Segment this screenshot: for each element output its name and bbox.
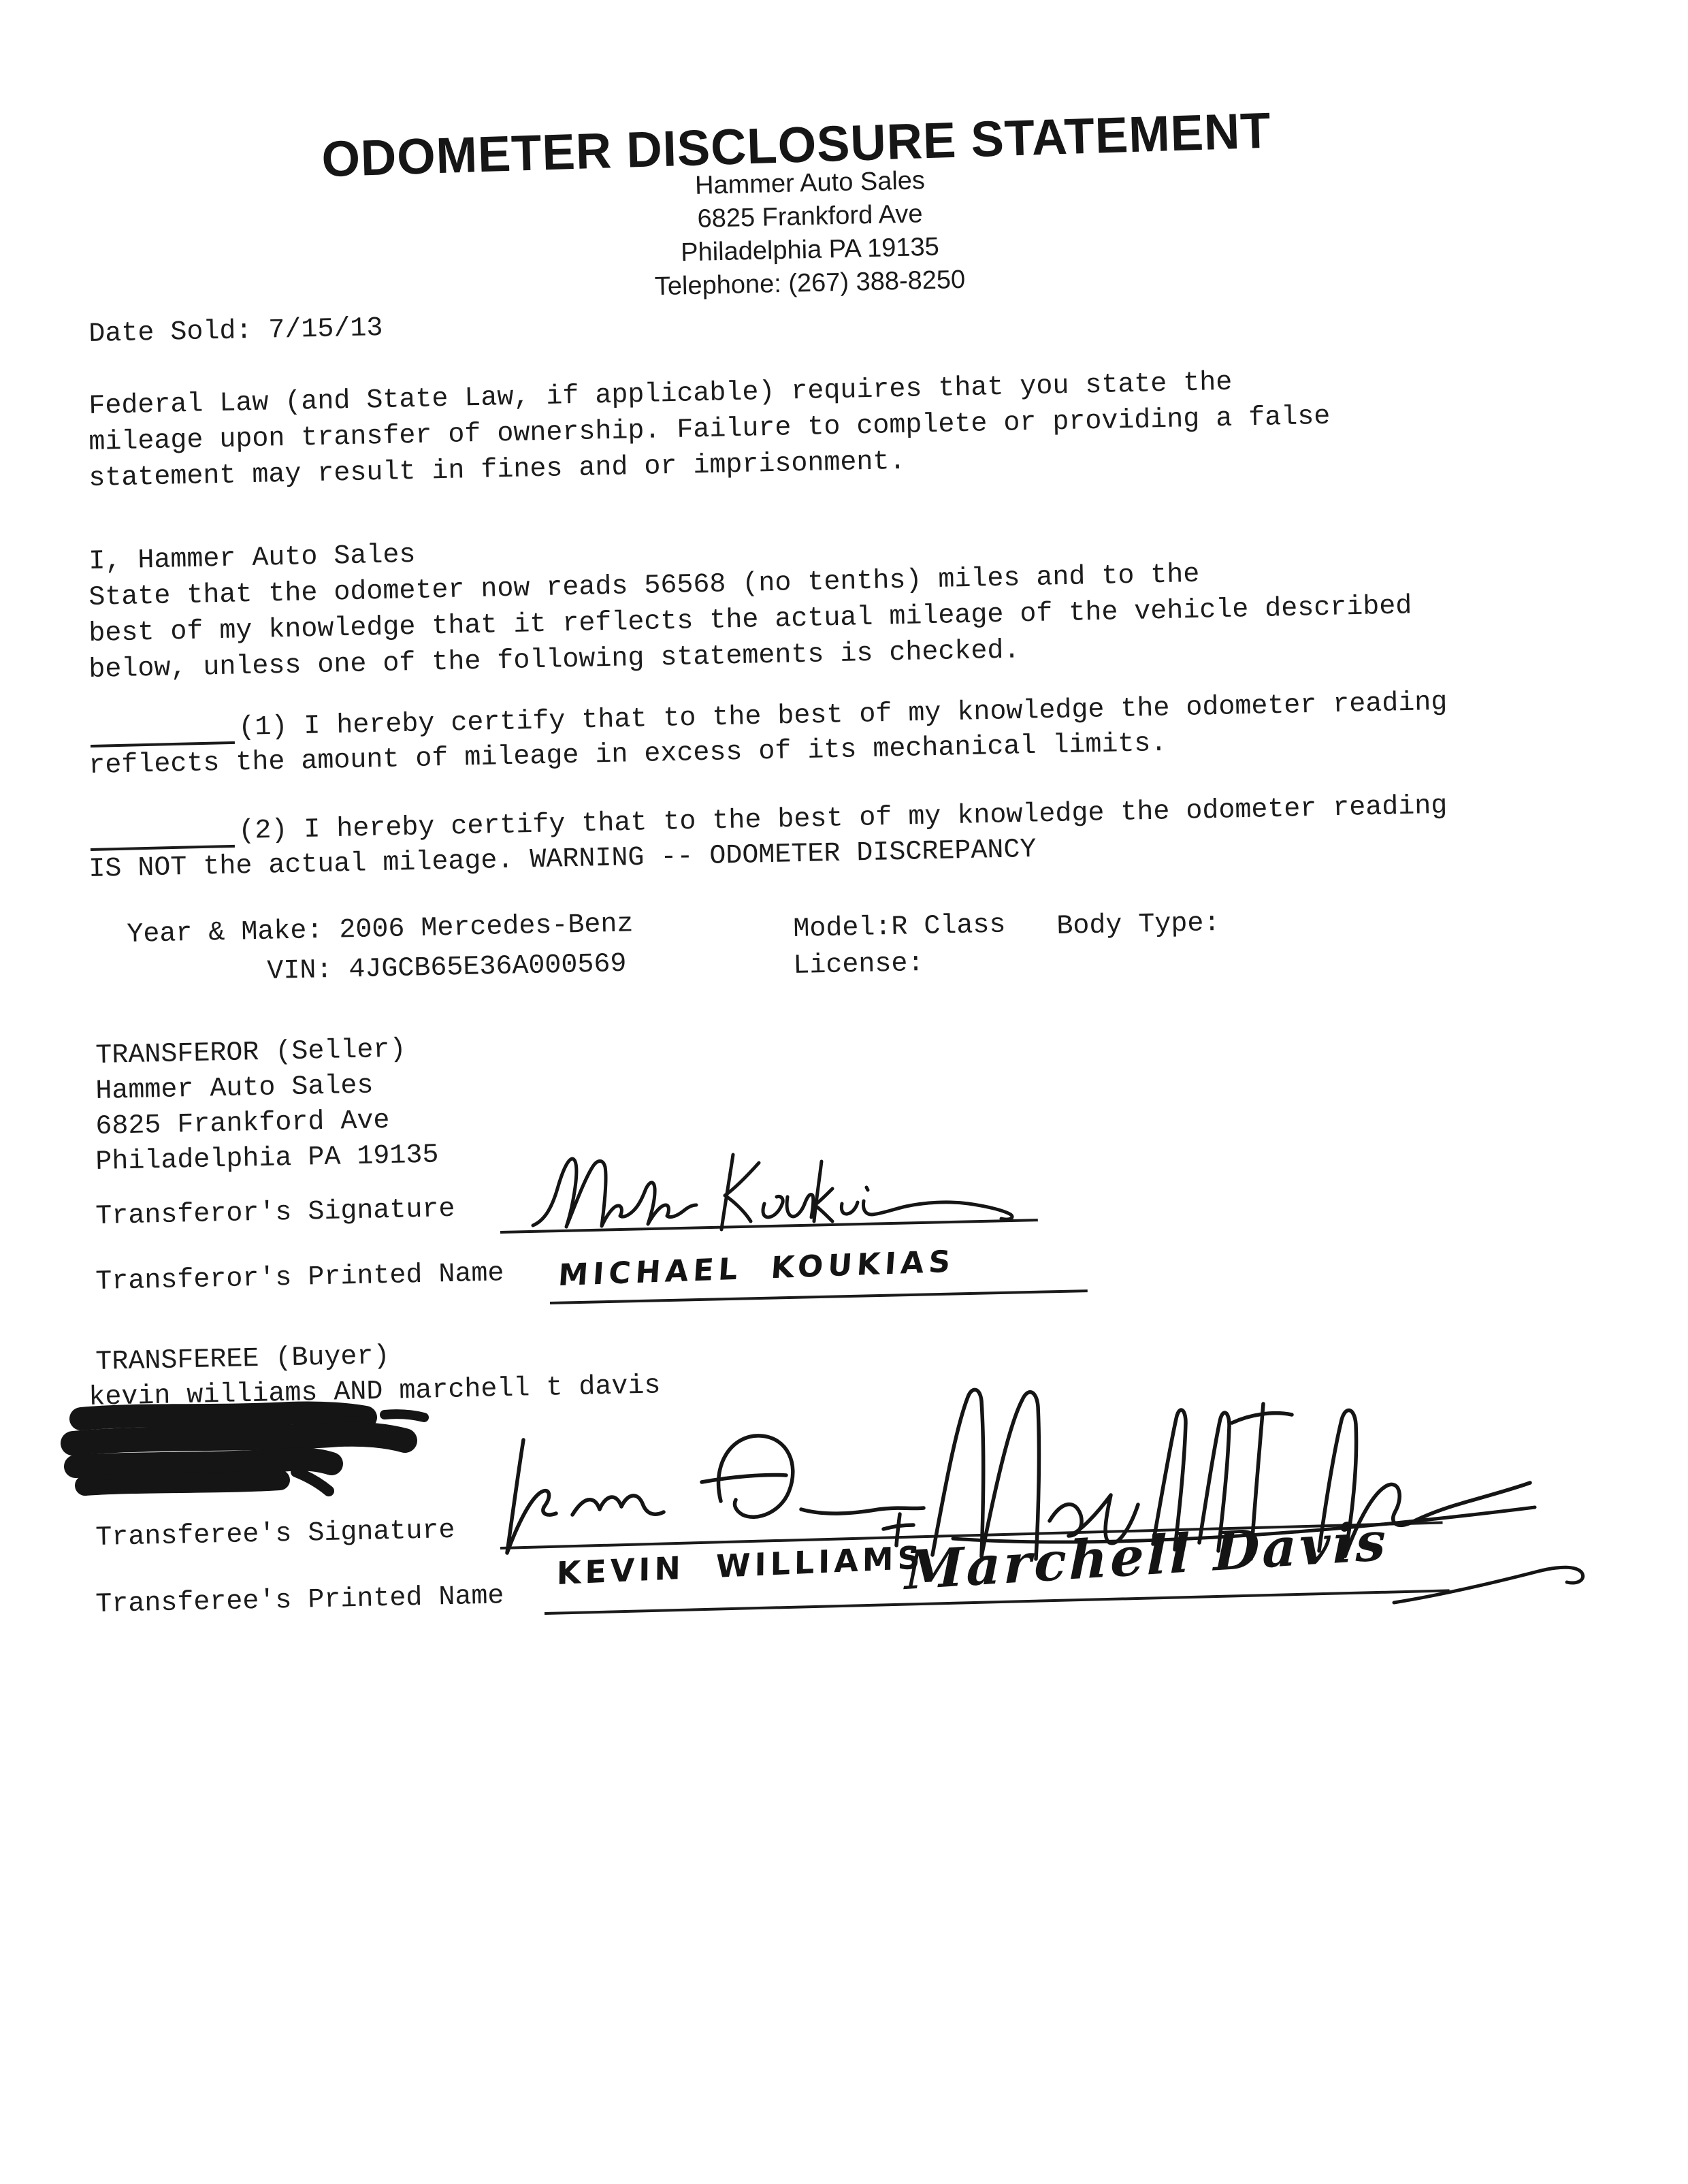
- date-sold-line: Date Sold: 7/15/13: [88, 314, 383, 350]
- vehicle-year-make: Year & Make: 2006 Mercedes-Benz: [127, 910, 634, 950]
- transferor-printed-name-handwriting: MICHAEL KOUKIAS: [557, 1244, 956, 1294]
- transferor-address-line1: 6825 Frankford Ave: [95, 1106, 390, 1142]
- transferee-heading: TRANSFEREE (Buyer): [95, 1342, 390, 1378]
- redaction-mark: [65, 1401, 432, 1496]
- transferor-name: Hammer Auto Sales: [95, 1071, 374, 1107]
- transferee-printed-name-label: Transferee's Printed Name: [95, 1581, 504, 1620]
- certification-2-line-2: IS NOT the actual mileage. WARNING -- OD…: [88, 835, 1037, 885]
- transferor-printed-name-label: Transferor's Printed Name: [95, 1259, 504, 1298]
- transferor-printed-name-line: [550, 1289, 1088, 1304]
- vehicle-vin: VIN: 4JGCB65E36A000569: [267, 950, 627, 987]
- transferee-signature-label: Transferee's Signature: [95, 1516, 455, 1554]
- odometer-disclosure-document: ODOMETER DISCLOSURE STATEMENT Hammer Aut…: [0, 0, 1688, 2184]
- transferor-heading: TRANSFEROR (Seller): [95, 1035, 406, 1072]
- vehicle-body-type: Body Type:: [1056, 909, 1220, 942]
- davis-underline-flourish: [1389, 1551, 1600, 1619]
- transferor-signature-handwriting: [527, 1149, 1052, 1241]
- transferor-signature-label: Transferor's Signature: [95, 1195, 455, 1232]
- odometer-statement-line-1: I, Hammer Auto Sales: [88, 541, 416, 577]
- vehicle-model: Model:R Class: [793, 910, 1006, 945]
- vehicle-license: License:: [793, 949, 924, 982]
- certification-2-blank-line: [91, 845, 235, 851]
- transferor-address-line2: Philadelphia PA 19135: [95, 1140, 439, 1178]
- certification-1-blank-line: [91, 741, 235, 748]
